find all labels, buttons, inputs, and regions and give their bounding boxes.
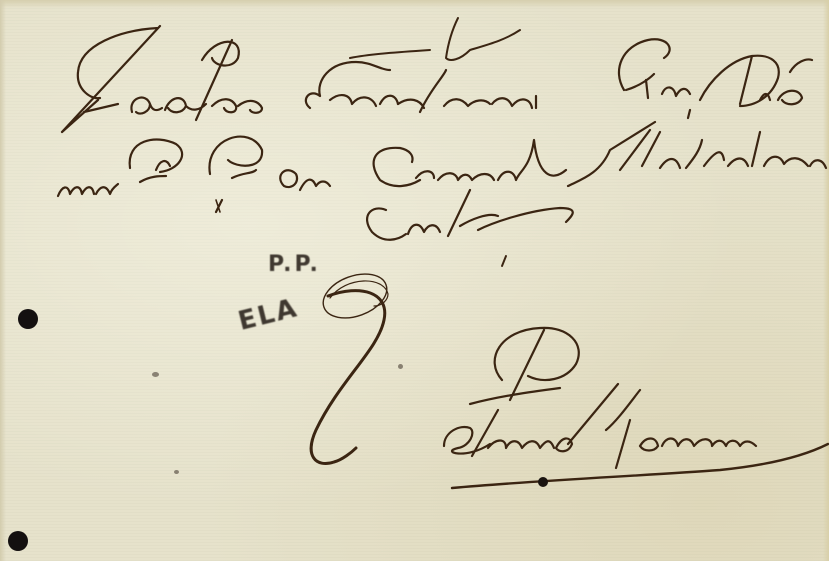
paper-speck bbox=[174, 470, 179, 474]
paper-speck bbox=[398, 364, 403, 369]
ink-dot bbox=[538, 477, 548, 487]
punch-hole-top bbox=[18, 309, 38, 329]
paper-speck bbox=[152, 372, 159, 377]
letter-cover: P.P. ELA A D. Pedro Santesteban, Gu. Dio… bbox=[0, 0, 829, 561]
punch-hole-bottom bbox=[8, 531, 28, 551]
